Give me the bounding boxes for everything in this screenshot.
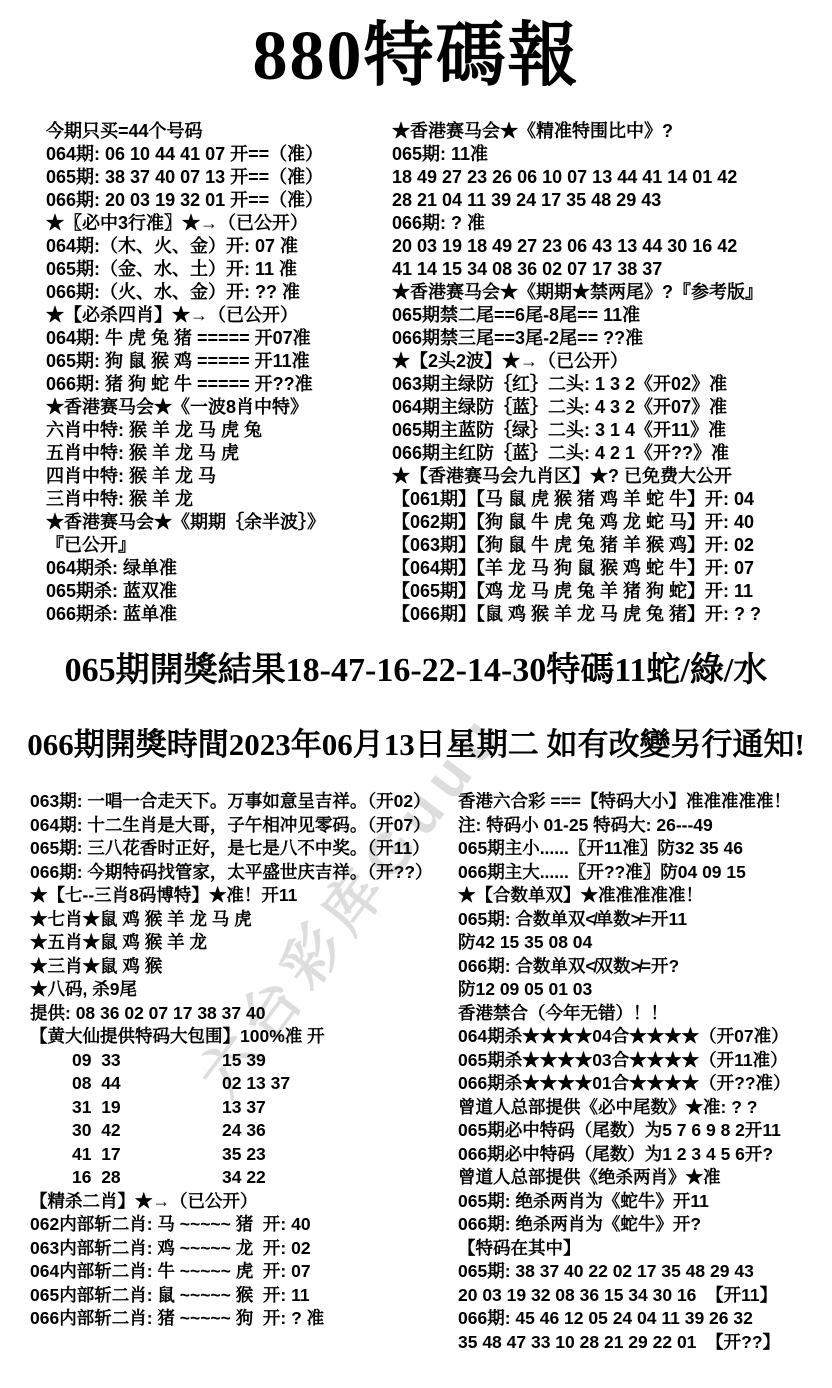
text-line: 066期: 45 46 12 05 24 04 11 39 26 32 [458, 1307, 822, 1331]
text-line: ★香港赛马会★《期期★禁两尾》?『参考版』 [392, 281, 818, 304]
text-line: 六肖中特: 猴 羊 龙 马 虎 兔 [46, 419, 392, 442]
text-line: 曾道人总部提供《必中尾数》★准: ? ? [458, 1096, 822, 1120]
text-line: 066期: 绝杀两肖为《蛇牛》开? [458, 1213, 822, 1237]
bottom-left-lines-b: 【精杀二肖】★→（已公开）062内部斩二肖: 马 ~~~~~ 猪 开: 4006… [30, 1190, 458, 1331]
text-line: 18 49 27 23 26 06 10 07 13 44 41 14 01 4… [392, 166, 818, 189]
text-line: 065期: 38 37 40 22 02 17 35 48 29 43 [458, 1260, 822, 1284]
text-line: 09 3315 39 [30, 1049, 458, 1073]
text-line: 065期杀: 蓝双准 [46, 580, 392, 603]
text-line: 香港禁合（今年无错）！！ [458, 1002, 822, 1026]
text-line: 064期: 十二生肖是大哥，子午相冲见零码。（开07） [30, 814, 458, 838]
text-line: 20 03 19 18 49 27 23 06 43 13 44 30 16 4… [392, 235, 818, 258]
text-line: 066期禁三尾==3尾-2尾== ??准 [392, 327, 818, 350]
text-line: 066期杀: 蓝单准 [46, 603, 392, 626]
text-line: 【064期】【羊 龙 马 狗 鼠 猴 鸡 蛇 牛】开: 07 [392, 557, 818, 580]
text-line: 065期必中特码（尾数）为5 7 6 9 8 2开11 [458, 1119, 822, 1143]
bottom-left-lines-a: 063期: 一唱一合走天下。万事如意呈吉祥。（开02）064期: 十二生肖是大哥… [30, 790, 458, 1049]
grid-cell-left: 30 42 [72, 1119, 222, 1143]
top-section: 今期只买=44个号码064期: 06 10 44 41 07 开==（准）065… [0, 92, 832, 626]
text-line: 香港六合彩 ===【特码大小】准准准准准！ [458, 790, 822, 814]
text-line: ★五肖★鼠 鸡 猴 羊 龙 [30, 931, 458, 955]
text-line: 064期杀: 绿单准 [46, 557, 392, 580]
text-line: 31 1913 37 [30, 1096, 458, 1120]
grid-cell-left: 41 17 [72, 1143, 222, 1167]
text-line: 064期:（木、火、金）开: 07 准 [46, 235, 392, 258]
text-line: ★香港赛马会★《精准特围比中》? [392, 120, 818, 143]
text-line: ★香港赛马会★《期期｛余半波｝》 [46, 511, 392, 534]
text-line: 『已公开』 [46, 534, 392, 557]
text-line: 注: 特码小 01-25 特码大: 26---49 [458, 814, 822, 838]
text-line: 066期: 今期特码找管家，太平盛世庆吉祥。（开??） [30, 861, 458, 885]
text-line: 28 21 04 11 39 24 17 35 48 29 43 [392, 189, 818, 212]
bottom-left-column: 063期: 一唱一合走天下。万事如意呈吉祥。（开02）064期: 十二生肖是大哥… [30, 790, 458, 1354]
text-line: 20 03 19 32 08 36 15 34 30 16 【开11】 [458, 1284, 822, 1308]
text-line: 066期: ? 准 [392, 212, 818, 235]
text-line: 【精杀二肖】★→（已公开） [30, 1190, 458, 1214]
text-line: 30 4224 36 [30, 1119, 458, 1143]
text-line: 065期杀★★★★03合★★★★（开11准） [458, 1049, 822, 1073]
text-line: 065期主小......〖开11准〗防32 35 46 [458, 837, 822, 861]
text-line: ★〖必中3行准〗★→（已公开） [46, 212, 392, 235]
grid-cell-right: 35 23 [222, 1143, 266, 1167]
text-line: 065期: 38 37 40 07 13 开==（准） [46, 166, 392, 189]
draw-result-banner: 065期開獎結果18-47-16-22-14-30特碼11蛇/綠/水 [0, 642, 832, 691]
grid-cell-right: 02 13 37 [222, 1072, 290, 1096]
text-line: 今期只买=44个号码 [46, 120, 392, 143]
page: 六台彩库Guuu 880特碼報 今期只买=44个号码064期: 06 10 44… [0, 0, 832, 1388]
text-line: ★三肖★鼠 鸡 猴 [30, 955, 458, 979]
text-line: 064期主绿防｛蓝｝二头: 4 3 2《开07》准 [392, 396, 818, 419]
text-line: 16 2834 22 [30, 1166, 458, 1190]
text-line: 四肖中特: 猴 羊 龙 马 [46, 465, 392, 488]
text-line: 35 48 47 33 10 28 21 29 22 01 【开??】 [458, 1331, 822, 1355]
text-line: 提供: 08 36 02 07 17 38 37 40 [30, 1002, 458, 1026]
text-line: 41 14 15 34 08 36 02 07 17 38 37 [392, 258, 818, 281]
text-line: ★香港赛马会★《一波8肖中特》 [46, 396, 392, 419]
text-line: 五肖中特: 猴 羊 龙 马 虎 [46, 442, 392, 465]
text-line: 065内部斩二肖: 鼠 ~~~~~ 猴 开: 11 [30, 1284, 458, 1308]
text-line: 【065期】【鸡 龙 马 虎 兔 羊 猪 狗 蛇】开: 11 [392, 580, 818, 603]
grid-cell-right: 24 36 [222, 1119, 266, 1143]
text-line: 【066期】【鼠 鸡 猴 羊 龙 马 虎 兔 猪】开: ? ? [392, 603, 818, 626]
text-line: ★【香港赛马会九肖区】★? 已免费大公开 [392, 465, 818, 488]
text-line: 064期: 06 10 44 41 07 开==（准） [46, 143, 392, 166]
text-line: 066期: 猪 狗 蛇 牛 ===== 开??准 [46, 373, 392, 396]
next-draw-time-banner: 066期開獎時間2023年06月13日星期二 如有改變另行通知! [0, 719, 832, 764]
text-line: 065期禁二尾==6尾-8尾== 11准 [392, 304, 818, 327]
text-line: 三肖中特: 猴 羊 龙 [46, 488, 392, 511]
grid-cell-left: 31 19 [72, 1096, 222, 1120]
text-line: 066期杀★★★★01合★★★★（开??准） [458, 1072, 822, 1096]
text-line: 066期主大......〖开??准〗防04 09 15 [458, 861, 822, 885]
text-line: 065期: 三八花香时正好，是七是八不中奖。（开11） [30, 837, 458, 861]
text-line: 064期杀★★★★04合★★★★（开07准） [458, 1025, 822, 1049]
text-line: 065期: 11准 [392, 143, 818, 166]
text-line: 066期: 20 03 19 32 01 开==（准） [46, 189, 392, 212]
grid-cell-right: 13 37 [222, 1096, 266, 1120]
text-line: 064期: 牛 虎 兔 猪 ===== 开07准 [46, 327, 392, 350]
text-line: ★【七--三肖8码博特】★准！开11 [30, 884, 458, 908]
text-line: ★八码, 杀9尾 [30, 978, 458, 1002]
text-line: 【061期】【马 鼠 虎 猴 猪 鸡 羊 蛇 牛】开: 04 [392, 488, 818, 511]
text-line: 065期:（金、水、土）开: 11 准 [46, 258, 392, 281]
text-line: 【063期】【狗 鼠 牛 虎 兔 猪 羊 猴 鸡】开: 02 [392, 534, 818, 557]
grid-cell-left: 09 33 [72, 1049, 222, 1073]
text-line: 08 4402 13 37 [30, 1072, 458, 1096]
grid-cell-left: 16 28 [72, 1166, 222, 1190]
text-line: 曾道人总部提供《绝杀两肖》★准 [458, 1166, 822, 1190]
text-line: ★【合数单双】★准准准准准！ [458, 884, 822, 908]
text-line: 063期主绿防｛红｝二头: 1 3 2《开02》准 [392, 373, 818, 396]
text-line: 062内部斩二肖: 马 ~~~~~ 猪 开: 40 [30, 1213, 458, 1237]
text-line: ★【2头2波】★→（已公开） [392, 350, 818, 373]
text-line: 065期: 狗 鼠 猴 鸡 ===== 开11准 [46, 350, 392, 373]
bottom-section: 063期: 一唱一合走天下。万事如意呈吉祥。（开02）064期: 十二生肖是大哥… [0, 764, 832, 1354]
text-line: 065期: 绝杀两肖为《蛇牛》开11 [458, 1190, 822, 1214]
text-line: 063内部斩二肖: 鸡 ~~~~~ 龙 开: 02 [30, 1237, 458, 1261]
grid-cell-right: 15 39 [222, 1049, 266, 1073]
text-line: 066期主红防｛蓝｝二头: 4 2 1《开??》准 [392, 442, 818, 465]
text-line: 【黄大仙提供特码大包围】100%准 开 [30, 1025, 458, 1049]
text-line: 065期主蓝防｛绿｝二头: 3 1 4《开11》准 [392, 419, 818, 442]
text-line: 防42 15 35 08 04 [458, 931, 822, 955]
grid-cell-left: 08 44 [72, 1072, 222, 1096]
text-line: 065期: 合数单双≮单数≯=开11 [458, 908, 822, 932]
text-line: ★【必杀四肖】★→（已公开） [46, 304, 392, 327]
text-line: 066期:（火、水、金）开: ?? 准 [46, 281, 392, 304]
grid-cell-right: 34 22 [222, 1166, 266, 1190]
text-line: 【特码在其中】 [458, 1237, 822, 1261]
text-line: 063期: 一唱一合走天下。万事如意呈吉祥。（开02） [30, 790, 458, 814]
text-line: ★七肖★鼠 鸡 猴 羊 龙 马 虎 [30, 908, 458, 932]
text-line: 41 1735 23 [30, 1143, 458, 1167]
text-line: 064内部斩二肖: 牛 ~~~~~ 虎 开: 07 [30, 1260, 458, 1284]
number-grid: 09 3315 3908 4402 13 3731 1913 3730 4224… [30, 1049, 458, 1190]
page-title: 880特碼報 [0, 0, 832, 92]
top-left-column: 今期只买=44个号码064期: 06 10 44 41 07 开==（准）065… [46, 120, 392, 626]
bottom-right-column: 香港六合彩 ===【特码大小】准准准准准！注: 特码小 01-25 特码大: 2… [458, 790, 822, 1354]
top-right-column: ★香港赛马会★《精准特围比中》?065期: 11准18 49 27 23 26 … [392, 120, 818, 626]
text-line: 防12 09 05 01 03 [458, 978, 822, 1002]
text-line: 066期: 合数单双≮双数≯=开? [458, 955, 822, 979]
text-line: 066期必中特码（尾数）为1 2 3 4 5 6开? [458, 1143, 822, 1167]
text-line: 066内部斩二肖: 猪 ~~~~~ 狗 开: ? 准 [30, 1307, 458, 1331]
text-line: 【062期】【狗 鼠 牛 虎 兔 鸡 龙 蛇 马】开: 40 [392, 511, 818, 534]
